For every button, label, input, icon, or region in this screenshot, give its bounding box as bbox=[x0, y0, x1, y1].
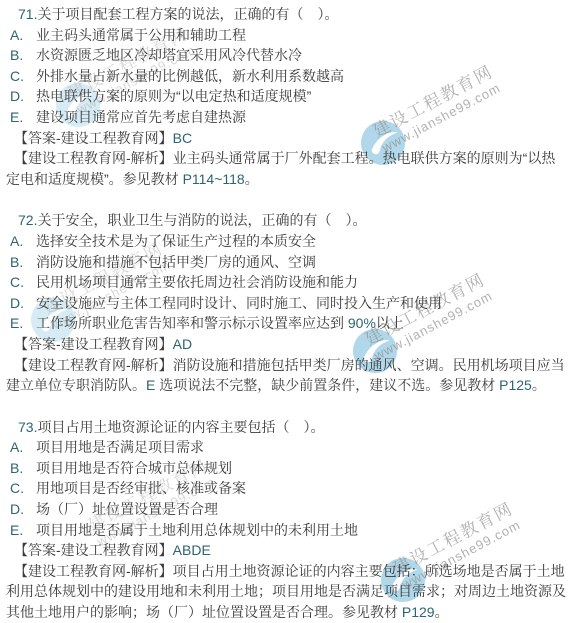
answer-label: 【答案-建设工程教育网】 bbox=[14, 130, 173, 146]
answer-label: 【答案-建设工程教育网】 bbox=[14, 542, 173, 558]
question-stem-text: 关于安全，职业卫生与消防的说法，正确的有（ ）。 bbox=[37, 212, 366, 228]
option-line: E.项目用地是否属于土地利用总体规划中的未利用土地 bbox=[0, 520, 575, 541]
option-text: 外排水量占新水量的比例越低，新水利用系数越高 bbox=[36, 68, 344, 84]
exam-content: 71.关于项目配套工程方案的说法，正确的有（ ）。 A.业主码头通常属于公用和辅… bbox=[0, 0, 575, 623]
option-letter: D. bbox=[10, 499, 36, 520]
question-stem-text: 项目占用土地资源论证的内容主要包括（ ）。 bbox=[37, 419, 324, 435]
analysis-line: 定电和适度规模”。参见教材 P114~118。 bbox=[0, 169, 575, 190]
analysis-text: 。 bbox=[532, 377, 546, 393]
analysis-text: 【建设工程教育网-解析】消防设施和措施包括甲类厂房的通风、空调。民用机场项目应当 bbox=[14, 357, 565, 373]
option-text: 选择安全技术是为了保证生产过程的本质安全 bbox=[36, 233, 316, 249]
option-line: C.外排水量占新水量的比例越低，新水利用系数越高 bbox=[0, 66, 575, 87]
option-text: 建设项目通常应首先考虑自建热源 bbox=[36, 109, 246, 125]
option-text: 项目用地是否符合城市总体规划 bbox=[36, 460, 232, 476]
analysis-block: 【建设工程教育网-解析】业主码头通常属于厂外配套工程。热电联供方案的原则为“以热… bbox=[0, 148, 575, 189]
option-letter: A. bbox=[10, 231, 36, 252]
option-text: 消防设施和措施不包括甲类厂房的通风、空调 bbox=[36, 254, 316, 270]
analysis-text: 。 bbox=[245, 171, 259, 187]
option-text: 工作场所职业危害告知率和警示标示设置率应达到 bbox=[36, 315, 348, 331]
question-stem: 73.项目占用土地资源论证的内容主要包括（ ）。 bbox=[0, 417, 575, 438]
option-line: B.水资源匮乏地区冷却塔宜采用风冷代替水冷 bbox=[0, 45, 575, 66]
option-text: 安全设施应与主体工程同时设计、同时施工、同时投入生产和使用 bbox=[36, 295, 442, 311]
option-text: 以上 bbox=[376, 315, 404, 331]
analysis-line: 其他土地用户的影响；场（厂）址位置设置是否合理。参见教材 P129。 bbox=[0, 602, 575, 623]
analysis-text: 定电和适度规模”。参见教材 bbox=[6, 171, 183, 187]
option-line: A.项目用地是否满足项目需求 bbox=[0, 437, 575, 458]
analysis-text: 【建设工程教育网-解析】业主码头通常属于厂外配套工程。热电联供方案的原则为“以热 bbox=[14, 150, 555, 166]
option-letter: A. bbox=[10, 25, 36, 46]
option-line: A.选择安全技术是为了保证生产过程的本质安全 bbox=[0, 231, 575, 252]
analysis-block: 【建设工程教育网-解析】消防设施和措施包括甲类厂房的通风、空调。民用机场项目应当… bbox=[0, 355, 575, 396]
option-letter: C. bbox=[10, 478, 36, 499]
answer-line: 【答案-建设工程教育网】ABDE bbox=[0, 540, 575, 561]
option-line: C.用地项目是否经审批、核准或备案 bbox=[0, 478, 575, 499]
question-number: 73. bbox=[18, 419, 37, 435]
analysis-text: P129 bbox=[402, 604, 435, 620]
option-line: D.安全设施应与主体工程同时设计、同时施工、同时投入生产和使用 bbox=[0, 293, 575, 314]
option-line: B.项目用地是否符合城市总体规划 bbox=[0, 458, 575, 479]
analysis-text: 【建设工程教育网-解析】项目占用土地资源论证的内容主要包括：所选场地是否属于土地 bbox=[14, 563, 565, 579]
option-letter: E. bbox=[10, 520, 36, 541]
analysis-text: 其他土地用户的影响；场（厂）址位置设置是否合理。参见教材 bbox=[6, 604, 402, 620]
question-block-71: 71.关于项目配套工程方案的说法，正确的有（ ）。 A.业主码头通常属于公用和辅… bbox=[0, 4, 575, 189]
answer-value: ABDE bbox=[173, 542, 211, 558]
question-number: 71. bbox=[18, 6, 37, 22]
options-list: A.项目用地是否满足项目需求B.项目用地是否符合城市总体规划C.用地项目是否经审… bbox=[0, 437, 575, 540]
analysis-text: P114~118 bbox=[183, 171, 245, 187]
option-line: C.民用机场项目通常主要依托周边社会消防设施和能力 bbox=[0, 272, 575, 293]
option-letter: B. bbox=[10, 45, 36, 66]
analysis-text: 。 bbox=[435, 604, 449, 620]
analysis-block: 【建设工程教育网-解析】项目占用土地资源论证的内容主要包括：所选场地是否属于土地… bbox=[0, 561, 575, 623]
answer-value: AD bbox=[173, 336, 192, 352]
option-line: E.工作场所职业危害告知率和警示标示设置率应达到 90%以上 bbox=[0, 313, 575, 334]
option-letter: B. bbox=[10, 458, 36, 479]
option-text: 热电联供方案的原则为“以电定热和适度规模” bbox=[36, 88, 311, 104]
analysis-text: E bbox=[146, 377, 159, 393]
option-line: D.热电联供方案的原则为“以电定热和适度规模” bbox=[0, 86, 575, 107]
option-text: 场（厂）址位置设置是否合理 bbox=[36, 501, 218, 517]
option-letter: B. bbox=[10, 252, 36, 273]
option-letter: E. bbox=[10, 313, 36, 334]
option-letter: D. bbox=[10, 86, 36, 107]
option-letter: C. bbox=[10, 272, 36, 293]
options-list: A.选择安全技术是为了保证生产过程的本质安全B.消防设施和措施不包括甲类厂房的通… bbox=[0, 231, 575, 334]
analysis-line: 利用总体规划中的建设用地和未利用土地；项目用地是否满足项目需求；对周边土地资源及 bbox=[0, 581, 575, 602]
question-stem: 71.关于项目配套工程方案的说法，正确的有（ ）。 bbox=[0, 4, 575, 25]
option-text: 水资源匮乏地区冷却塔宜采用风冷代替水冷 bbox=[36, 47, 302, 63]
option-letter: E. bbox=[10, 107, 36, 128]
options-list: A.业主码头通常属于公用和辅助工程B.水资源匮乏地区冷却塔宜采用风冷代替水冷C.… bbox=[0, 25, 575, 128]
question-block-72: 72.关于安全，职业卫生与消防的说法，正确的有（ ）。 A.选择安全技术是为了保… bbox=[0, 210, 575, 395]
option-line: B.消防设施和措施不包括甲类厂房的通风、空调 bbox=[0, 252, 575, 273]
option-letter: D. bbox=[10, 293, 36, 314]
option-line: A.业主码头通常属于公用和辅助工程 bbox=[0, 25, 575, 46]
option-text: 90% bbox=[348, 315, 376, 331]
option-text: 项目用地是否满足项目需求 bbox=[36, 439, 204, 455]
question-stem: 72.关于安全，职业卫生与消防的说法，正确的有（ ）。 bbox=[0, 210, 575, 231]
analysis-text: 建立单位专职消防队。 bbox=[6, 377, 146, 393]
option-text: 民用机场项目通常主要依托周边社会消防设施和能力 bbox=[36, 274, 358, 290]
analysis-text: 选项说法不完整，缺少前置条件，建议不选。参见教材 bbox=[159, 377, 499, 393]
option-text: 用地项目是否经审批、核准或备案 bbox=[36, 480, 246, 496]
answer-line: 【答案-建设工程教育网】AD bbox=[0, 334, 575, 355]
analysis-line: 【建设工程教育网-解析】项目占用土地资源论证的内容主要包括：所选场地是否属于土地 bbox=[0, 561, 575, 582]
analysis-text: 利用总体规划中的建设用地和未利用土地；项目用地是否满足项目需求；对周边土地资源及 bbox=[6, 583, 566, 599]
option-letter: C. bbox=[10, 66, 36, 87]
answer-line: 【答案-建设工程教育网】BC bbox=[0, 128, 575, 149]
option-text: 业主码头通常属于公用和辅助工程 bbox=[36, 27, 246, 43]
answer-value: BC bbox=[173, 130, 192, 146]
question-block-73: 73.项目占用土地资源论证的内容主要包括（ ）。 A.项目用地是否满足项目需求B… bbox=[0, 417, 575, 623]
answer-label: 【答案-建设工程教育网】 bbox=[14, 336, 173, 352]
option-text: 项目用地是否属于土地利用总体规划中的未利用土地 bbox=[36, 522, 358, 538]
analysis-text: P125 bbox=[499, 377, 532, 393]
option-letter: A. bbox=[10, 437, 36, 458]
option-line: E.建设项目通常应首先考虑自建热源 bbox=[0, 107, 575, 128]
analysis-line: 【建设工程教育网-解析】消防设施和措施包括甲类厂房的通风、空调。民用机场项目应当 bbox=[0, 355, 575, 376]
question-stem-text: 关于项目配套工程方案的说法，正确的有（ ）。 bbox=[37, 6, 338, 22]
option-line: D.场（厂）址位置设置是否合理 bbox=[0, 499, 575, 520]
question-number: 72. bbox=[18, 212, 37, 228]
analysis-line: 【建设工程教育网-解析】业主码头通常属于厂外配套工程。热电联供方案的原则为“以热 bbox=[0, 148, 575, 169]
analysis-line: 建立单位专职消防队。E 选项说法不完整，缺少前置条件，建议不选。参见教材 P12… bbox=[0, 375, 575, 396]
